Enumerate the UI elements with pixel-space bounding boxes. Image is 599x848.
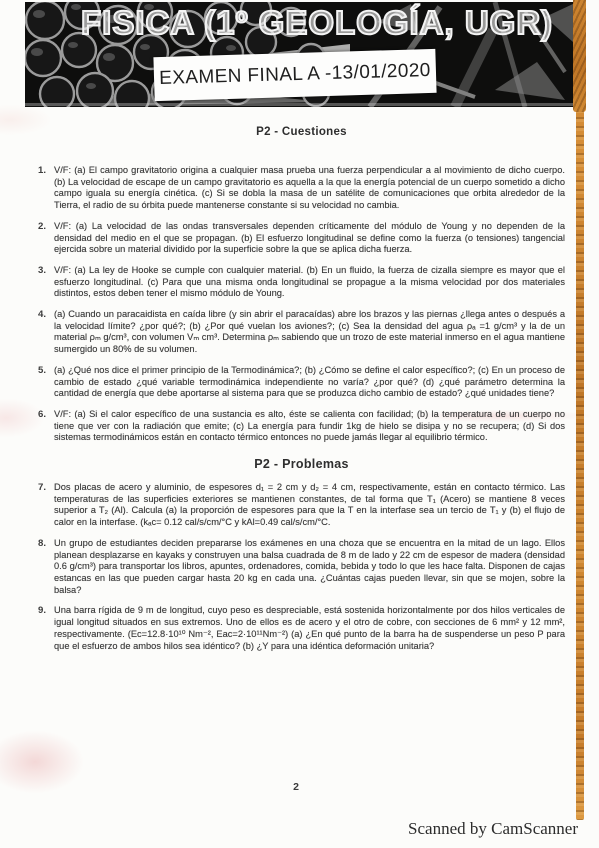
question-1: 1. V/F: (a) El campo gravitatorio origin… <box>38 165 565 212</box>
question-number: 7. <box>38 482 54 529</box>
exam-content: P2 - Cuestiones 1. V/F: (a) El campo gra… <box>38 107 565 661</box>
question-text: Una barra rígida de 9 m de longitud, cuy… <box>54 605 565 652</box>
question-text: V/F: (a) Si el calor específico de una s… <box>54 409 565 444</box>
question-7: 7. Dos placas de acero y aluminio, de es… <box>38 482 565 529</box>
scan-edge-strip-top <box>573 0 586 112</box>
question-8: 8. Un grupo de estudiantes deciden prepa… <box>38 538 565 597</box>
question-text: V/F: (a) La ley de Hooke se cumple con c… <box>54 265 565 300</box>
question-text: (a) ¿Qué nos dice el primer principio de… <box>54 365 565 400</box>
question-text: V/F: (a) El campo gravitatorio origina a… <box>54 165 565 212</box>
question-text: V/F: (a) La velocidad de las ondas trans… <box>54 221 565 256</box>
section-heading-cuestiones: P2 - Cuestiones <box>38 126 565 138</box>
question-number: 6. <box>38 409 54 444</box>
question-text: Un grupo de estudiantes deciden preparar… <box>54 538 565 597</box>
scanner-credit: Scanned by CamScanner <box>408 819 578 839</box>
question-5: 5. (a) ¿Qué nos dice el primer principio… <box>38 365 565 400</box>
question-6: 6. V/F: (a) Si el calor específico de un… <box>38 409 565 444</box>
question-text: (a) Cuando un paracaidista en caída libr… <box>54 309 565 356</box>
section-heading-problemas: P2 - Problemas <box>38 457 565 471</box>
question-9: 9. Una barra rígida de 9 m de longitud, … <box>38 605 565 652</box>
header-banner: FISICA (1º GEOLOGÍA, UGR) EXAMEN FINAL A… <box>25 2 575 107</box>
exam-title: EXAMEN FINAL A -13/01/2020 <box>159 60 431 90</box>
question-number: 5. <box>38 365 54 400</box>
question-3: 3. V/F: (a) La ley de Hooke se cumple co… <box>38 265 565 300</box>
question-number: 9. <box>38 605 54 652</box>
scanned-exam-page: FISICA (1º GEOLOGÍA, UGR) EXAMEN FINAL A… <box>0 0 599 848</box>
question-number: 8. <box>38 538 54 597</box>
question-number: 2. <box>38 221 54 256</box>
question-4: 4. (a) Cuando un paracaidista en caída l… <box>38 309 565 356</box>
question-text: Dos placas de acero y aluminio, de espes… <box>54 482 565 529</box>
question-number: 1. <box>38 165 54 212</box>
course-title: FISICA (1º GEOLOGÍA, UGR) <box>81 4 553 42</box>
scan-edge-strip <box>576 0 584 820</box>
page-number: 2 <box>0 781 592 793</box>
question-number: 3. <box>38 265 54 300</box>
question-number: 4. <box>38 309 54 356</box>
exam-title-box: EXAMEN FINAL A -13/01/2020 <box>153 49 436 101</box>
question-2: 2. V/F: (a) La velocidad de las ondas tr… <box>38 221 565 256</box>
